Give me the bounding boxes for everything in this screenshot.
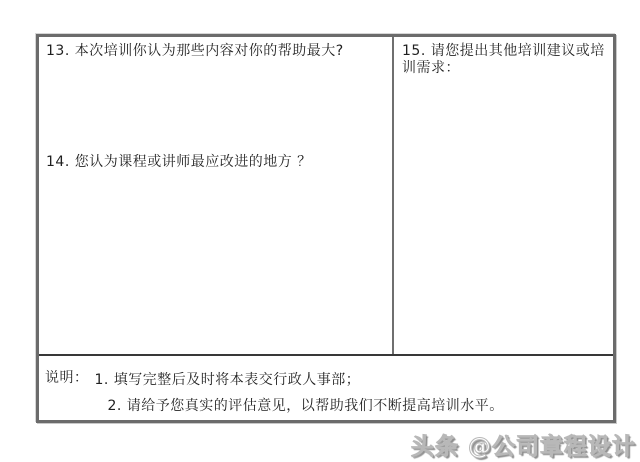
notes-line-2: 2. 请给予您真实的评估意见，以帮助我们不断提高培训水平。	[108, 393, 504, 419]
evaluation-form-table: 13. 本次培训你认为那些内容对你的帮助最大? 14. 您认为课程或讲师最应改进…	[36, 34, 616, 423]
questions-row: 13. 本次培训你认为那些内容对你的帮助最大? 14. 您认为课程或讲师最应改进…	[39, 37, 613, 354]
notes-lines: 1. 填写完整后及时将本表交行政人事部； 2. 请给予您真实的评估意见，以帮助我…	[95, 367, 504, 419]
notes-label: 说明：	[45, 367, 89, 387]
cell-question-15: 15. 请您提出其他培训建议或培训需求：	[394, 37, 613, 354]
question-13: 13. 本次培训你认为那些内容对你的帮助最大?	[46, 43, 384, 60]
question-15: 15. 请您提出其他培训建议或培训需求：	[402, 43, 607, 77]
notes-row: 说明： 1. 填写完整后及时将本表交行政人事部； 2. 请给予您真实的评估意见，…	[39, 354, 613, 420]
question-14: 14. 您认为课程或讲师最应改进的地方 ？	[46, 154, 384, 171]
page: 13. 本次培训你认为那些内容对你的帮助最大? 14. 您认为课程或讲师最应改进…	[0, 0, 640, 462]
cell-questions-13-14: 13. 本次培训你认为那些内容对你的帮助最大? 14. 您认为课程或讲师最应改进…	[39, 37, 394, 354]
watermark: 头条 @公司章程设计	[411, 428, 636, 461]
notes-line-1: 1. 填写完整后及时将本表交行政人事部；	[95, 367, 504, 393]
